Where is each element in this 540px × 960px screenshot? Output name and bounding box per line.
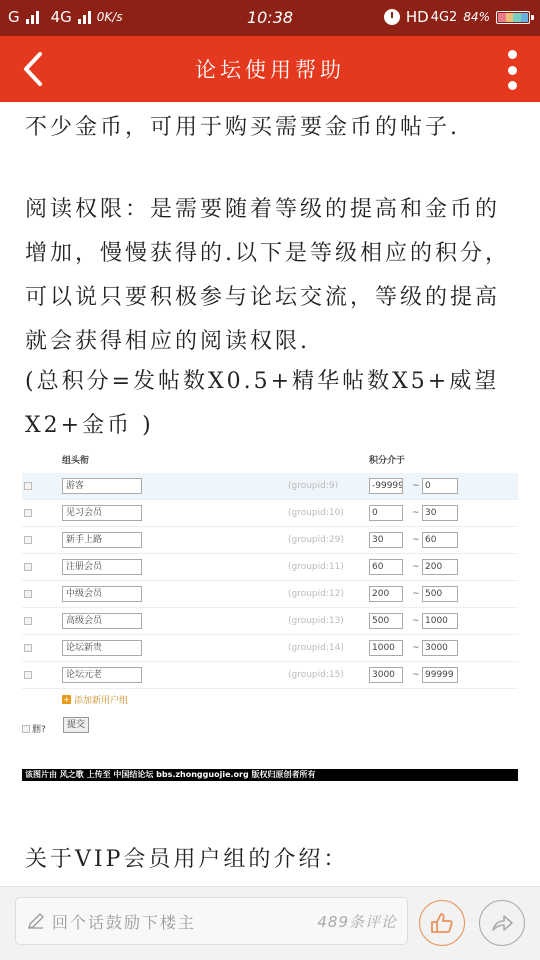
more-button[interactable] bbox=[506, 50, 518, 90]
table-row: 中级会员 (groupid:12) 200 ~ 500 bbox=[22, 581, 518, 608]
score-min: 500 bbox=[369, 613, 403, 629]
article-paragraph: (总积分=发帖数X0.5+精华帖数X5+威望X2+金币 ) bbox=[25, 360, 520, 448]
image-caption: 该图片由 风之歌 上传至 中国结论坛 bbs.zhongguojie.org 版… bbox=[22, 769, 518, 781]
group-name: 高级会员 bbox=[62, 613, 142, 629]
row-checkbox bbox=[24, 563, 32, 571]
group-id: (groupid:10) bbox=[288, 508, 344, 518]
row-checkbox bbox=[24, 617, 32, 625]
battery-percent: 84% bbox=[463, 10, 490, 24]
score-max: 0 bbox=[422, 478, 458, 494]
pencil-icon bbox=[26, 911, 46, 931]
network-type: 4G2 bbox=[431, 10, 458, 25]
comment-count[interactable]: 489条评论 bbox=[317, 911, 397, 932]
article-paragraph: 阅读权限：是需要随着等级的提高和金币的增加，慢慢获得的.以下是等级相应的积分，可… bbox=[25, 188, 520, 364]
thumbs-up-icon bbox=[429, 910, 455, 936]
article-paragraph: 关于VIP会员用户组的介绍： bbox=[25, 838, 520, 882]
score-max: 500 bbox=[422, 586, 458, 602]
hd-label: HD bbox=[406, 8, 429, 26]
table-row: 论坛新贵 (groupid:14) 1000 ~ 3000 bbox=[22, 635, 518, 662]
article-content[interactable]: 不少金币，可用于购买需要金币的帖子. 阅读权限：是需要随着等级的提高和金币的增加… bbox=[0, 102, 540, 886]
page-title: 论坛使用帮助 bbox=[0, 54, 540, 84]
row-checkbox bbox=[24, 671, 32, 679]
app-bar: 论坛使用帮助 bbox=[0, 36, 540, 102]
group-name: 论坛元老 bbox=[62, 667, 142, 683]
share-icon bbox=[489, 910, 515, 936]
table-row: 游客 (groupid:9) -99999 ~ 0 bbox=[22, 473, 518, 500]
score-max: 1000 bbox=[422, 613, 458, 629]
group-name: 新手上路 bbox=[62, 532, 142, 548]
group-name: 见习会员 bbox=[62, 505, 142, 521]
plus-icon: + bbox=[62, 695, 71, 704]
embedded-screenshot[interactable]: 组头衔 积分介于 游客 (groupid:9) -99999 ~ 0 见习会员 … bbox=[22, 447, 518, 787]
score-min: 0 bbox=[369, 505, 403, 521]
score-max: 60 bbox=[422, 532, 458, 548]
column-header-score: 积分介于 bbox=[369, 453, 405, 471]
group-id: (groupid:13) bbox=[288, 616, 344, 626]
delete-checkbox bbox=[22, 725, 30, 733]
comment-input[interactable]: 回个话鼓励下楼主 489条评论 bbox=[15, 897, 408, 945]
group-id: (groupid:11) bbox=[288, 562, 344, 572]
delete-option: 删? bbox=[22, 722, 46, 735]
table-row: 论坛元老 (groupid:15) 3000 ~ 99999 bbox=[22, 662, 518, 689]
group-name: 论坛新贵 bbox=[62, 640, 142, 656]
submit-button: 提交 bbox=[63, 717, 89, 733]
row-checkbox bbox=[24, 644, 32, 652]
table-row: 新手上路 (groupid:29) 30 ~ 60 bbox=[22, 527, 518, 554]
group-name: 注册会员 bbox=[62, 559, 142, 575]
table-row: 见习会员 (groupid:10) 0 ~ 30 bbox=[22, 500, 518, 527]
article-paragraph: 不少金币，可用于购买需要金币的帖子. bbox=[25, 106, 520, 150]
add-group-link: + 添加新用户组 bbox=[62, 693, 128, 706]
group-id: (groupid:14) bbox=[288, 643, 344, 653]
group-name: 游客 bbox=[62, 478, 142, 494]
battery-icon bbox=[496, 11, 530, 24]
comment-placeholder: 回个话鼓励下楼主 bbox=[52, 910, 317, 933]
score-max: 200 bbox=[422, 559, 458, 575]
share-button[interactable] bbox=[479, 900, 525, 946]
group-id: (groupid:9) bbox=[288, 481, 338, 491]
group-id: (groupid:29) bbox=[288, 535, 344, 545]
table-row: 注册会员 (groupid:11) 60 ~ 200 bbox=[22, 554, 518, 581]
alarm-icon bbox=[384, 9, 400, 25]
row-checkbox bbox=[24, 536, 32, 544]
table-row: 高级会员 (groupid:13) 500 ~ 1000 bbox=[22, 608, 518, 635]
like-button[interactable] bbox=[419, 900, 465, 946]
score-min: 3000 bbox=[369, 667, 403, 683]
status-bar: G 4G 0K/s 10:38 HD 4G2 84% bbox=[0, 0, 540, 36]
column-header-title: 组头衔 bbox=[62, 453, 89, 471]
score-min: 200 bbox=[369, 586, 403, 602]
score-max: 3000 bbox=[422, 640, 458, 656]
score-max: 99999 bbox=[422, 667, 458, 683]
score-min: -99999 bbox=[369, 478, 403, 494]
score-min: 1000 bbox=[369, 640, 403, 656]
score-max: 30 bbox=[422, 505, 458, 521]
bottom-bar: 回个话鼓励下楼主 489条评论 bbox=[0, 886, 540, 960]
group-id: (groupid:12) bbox=[288, 589, 344, 599]
score-min: 30 bbox=[369, 532, 403, 548]
row-checkbox bbox=[24, 590, 32, 598]
group-name: 中级会员 bbox=[62, 586, 142, 602]
score-min: 60 bbox=[369, 559, 403, 575]
group-id: (groupid:15) bbox=[288, 670, 344, 680]
row-checkbox bbox=[24, 482, 32, 490]
more-vertical-icon bbox=[508, 50, 517, 59]
row-checkbox bbox=[24, 509, 32, 517]
